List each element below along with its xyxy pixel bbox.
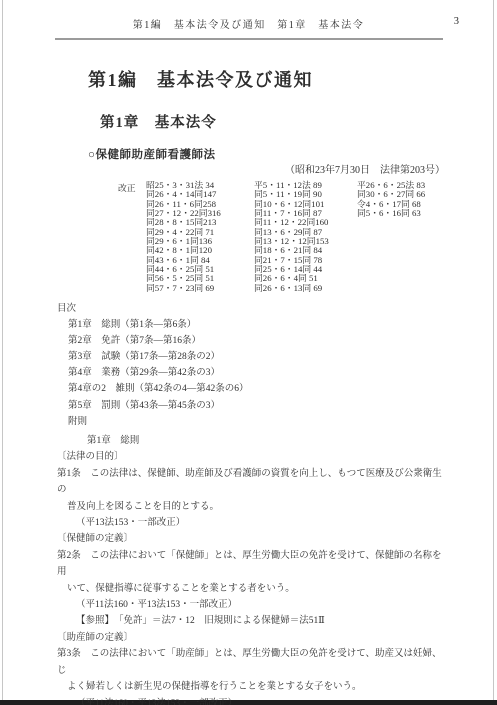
- promulgation-date: （昭和23年7月30日 法律第203号）: [285, 161, 445, 176]
- running-head: 第1編 基本法令及び通知 第1章 基本法令: [0, 16, 497, 31]
- part-title: 第1編 基本法令及び通知: [88, 66, 313, 92]
- amendment-entry: 同5・6・16同 63: [357, 209, 425, 218]
- amendment-column-2: 平5・11・12法 89同5・11・19同 90同10・6・12同101同11・…: [254, 181, 329, 293]
- toc-item: 第1章 総則（第1条―第6条）: [68, 317, 249, 333]
- body-line: 〔法律の目的〕: [57, 449, 449, 465]
- body-line: 普及向上を図ることを目的とする。: [67, 499, 449, 515]
- amendment-entry: 同26・6・13同 69: [254, 284, 329, 293]
- page-right-edge: [493, 0, 494, 705]
- body-line: （平13法153・一部改正）: [76, 515, 449, 531]
- amendment-column-1: 昭25・3・31法 34同26・4・14同147同26・11・6同258同27・…: [146, 181, 221, 293]
- page-left-edge: [2, 0, 3, 705]
- document-page: 第1編 基本法令及び通知 第1章 基本法令 3 第1編 基本法令及び通知 第1章…: [0, 0, 497, 705]
- body-line: 第2条 この法律において「保健師」とは、厚生労働大臣の免許を受けて、保健師の名称…: [57, 548, 449, 581]
- toc-item: 第4章の2 雑則（第42条の4―第42条の6）: [68, 381, 249, 397]
- toc-item: 第2章 免許（第7条―第16条）: [68, 333, 249, 349]
- amendment-label: 改正: [118, 181, 136, 194]
- body-line: 第1条 この法律は、保健師、助産師及び看護師の資質を向上し、もつて医療及び公衆衛…: [57, 466, 449, 499]
- toc-item: 附則: [68, 414, 249, 430]
- body-line: 第3条 この法律において「助産師」とは、厚生労働大臣の免許を受けて、助産又は妊婦…: [57, 646, 449, 679]
- toc-item: 第3章 試験（第17条―第28条の2）: [68, 349, 249, 365]
- toc-items: 第1章 総則（第1条―第6条）第2章 免許（第7条―第16条）第3章 試験（第1…: [68, 317, 249, 430]
- body-line: （平11法160・平13法153・一部改正）: [76, 597, 449, 613]
- body-line: 【参照】 「免許」＝法7・12 旧規則による保健婦＝法51Ⅱ: [76, 613, 449, 629]
- page-number: 3: [454, 16, 459, 27]
- law-body: 第1章 総則〔法律の目的〕第1条 この法律は、保健師、助産師及び看護師の資質を向…: [57, 433, 449, 705]
- toc-item: 第5章 罰則（第43条―第45条の3）: [68, 398, 249, 414]
- table-of-contents: 目次 第1章 総則（第1条―第6条）第2章 免許（第7条―第16条）第3章 試験…: [57, 301, 249, 430]
- body-line: 〔保健師の定義〕: [57, 531, 449, 547]
- body-line: 〔助産師の定義〕: [57, 630, 449, 646]
- law-title: ○保健師助産師看護師法: [88, 146, 215, 162]
- body-line: （平11法160・平13法153・一部改正）: [76, 696, 449, 705]
- header-rule: [55, 38, 443, 40]
- body-line: よく婦若しくは新生児の保健指導を行うことを業とする女子をいう。: [67, 679, 449, 695]
- toc-label: 目次: [57, 301, 249, 317]
- toc-item: 第4章 業務（第29条―第42条の3）: [68, 365, 249, 381]
- amendment-column-3: 平26・6・25法 83同30・6・27同 66令4・6・17同 68同5・6・…: [357, 181, 425, 218]
- chapter-title: 第1章 基本法令: [100, 111, 217, 132]
- body-line: 第1章 総則: [87, 433, 449, 449]
- amendment-entry: 同57・7・23同 69: [146, 284, 221, 293]
- body-line: いて、保健指導に従事することを業とする者をいう。: [67, 581, 449, 597]
